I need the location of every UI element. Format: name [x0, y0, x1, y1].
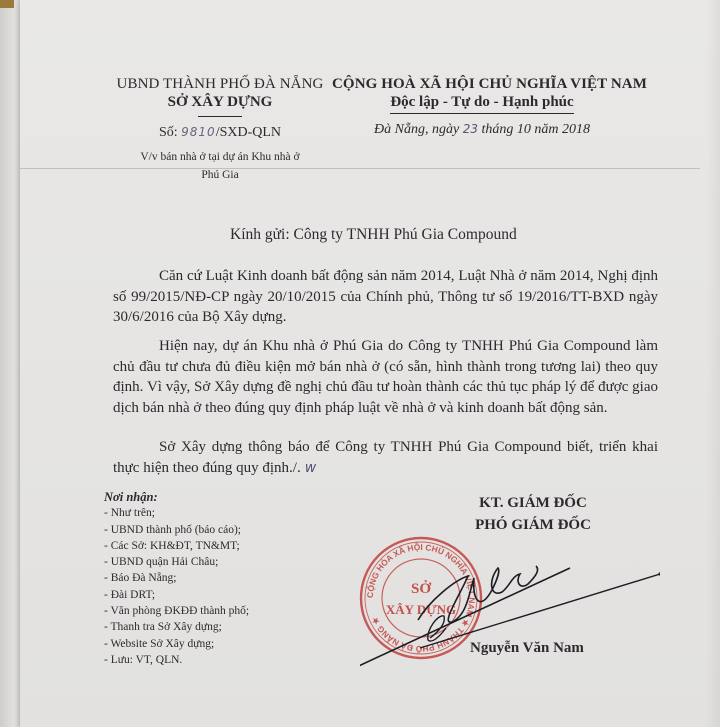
recipients-title: Nơi nhận: [104, 489, 249, 505]
document-number-prefix: Số: [159, 125, 178, 140]
folder-tab [0, 0, 14, 8]
recipients-list: Nơi nhận: - Như trên; - UBND thành phố (… [104, 489, 249, 668]
department-name: SỞ XÂY DỰNG [100, 94, 340, 111]
document-number-handwritten: 9810 [181, 125, 216, 139]
closing-text: Sở Xây dựng thông báo để Công ty TNHH Ph… [113, 439, 658, 476]
document-date: Đà Nẵng, ngày 23 tháng 10 năm 2018 [332, 122, 632, 138]
body-paragraph-3: Sở Xây dựng thông báo để Công ty TNHH Ph… [113, 437, 658, 478]
recipient-item: - UBND quận Hải Châu; [104, 554, 249, 570]
document-subject: V/v bán nhà ở tại dự án Khu nhà ở Phú Gi… [100, 148, 340, 184]
national-header: CỘNG HOÀ XÃ HỘI CHỦ NGHĨA VIỆT NAM Độc l… [332, 76, 632, 138]
date-day-handwritten: 23 [463, 122, 478, 136]
recipient-item: - Thanh tra Sở Xây dựng; [104, 619, 249, 635]
signer-name: Nguyễn Văn Nam [470, 640, 584, 657]
recipient-item: - UBND thành phố (báo cáo); [104, 522, 249, 538]
recipient-item: - Báo Đà Nẵng; [104, 570, 249, 586]
signature-title: KT. GIÁM ĐỐC PHÓ GIÁM ĐỐC [448, 492, 618, 536]
recipient-item: - Đài DRT; [104, 587, 249, 603]
document-number: Số: 9810/SXD-QLN [100, 125, 340, 141]
handwritten-signature [360, 540, 660, 680]
recipient-item: - Văn phòng ĐKĐĐ thành phố; [104, 603, 249, 619]
subject-line-2: Phú Gia [100, 166, 340, 184]
authority-name: UBND THÀNH PHỐ ĐÀ NẴNG [100, 76, 340, 93]
nation-title: CỘNG HOÀ XÃ HỘI CHỦ NGHĨA VIỆT NAM [332, 76, 632, 93]
addressee-line: Kính gửi: Công ty TNHH Phú Gia Compound [230, 226, 517, 244]
body-paragraph-2: Hiện nay, dự án Khu nhà ở Phú Gia do Côn… [113, 336, 658, 418]
subject-line-1: V/v bán nhà ở tại dự án Khu nhà ở [100, 148, 340, 166]
date-prefix: Đà Nẵng, ngày [374, 122, 459, 137]
recipient-item: - Như trên; [104, 505, 249, 521]
national-motto: Độc lập - Tự do - Hạnh phúc [390, 94, 573, 114]
issuing-authority-header: UBND THÀNH PHỐ ĐÀ NẴNG SỞ XÂY DỰNG Số: 9… [100, 76, 340, 184]
signature-title-line-1: KT. GIÁM ĐỐC [448, 492, 618, 514]
body-paragraph-1: Căn cứ Luật Kinh doanh bất động sản năm … [113, 266, 658, 328]
page-edge-shadow [706, 0, 720, 727]
recipient-item: - Lưu: VT, QLN. [104, 652, 249, 668]
handwritten-initial: w [305, 460, 316, 476]
underlying-sheet [0, 0, 22, 727]
signature-title-line-2: PHÓ GIÁM ĐỐC [448, 514, 618, 536]
recipient-item: - Website Sở Xây dựng; [104, 636, 249, 652]
header-underline [198, 116, 242, 117]
document-number-suffix: /SXD-QLN [216, 125, 281, 140]
date-suffix: tháng 10 năm 2018 [481, 122, 590, 137]
recipient-item: - Các Sở: KH&ĐT, TN&MT; [104, 538, 249, 554]
